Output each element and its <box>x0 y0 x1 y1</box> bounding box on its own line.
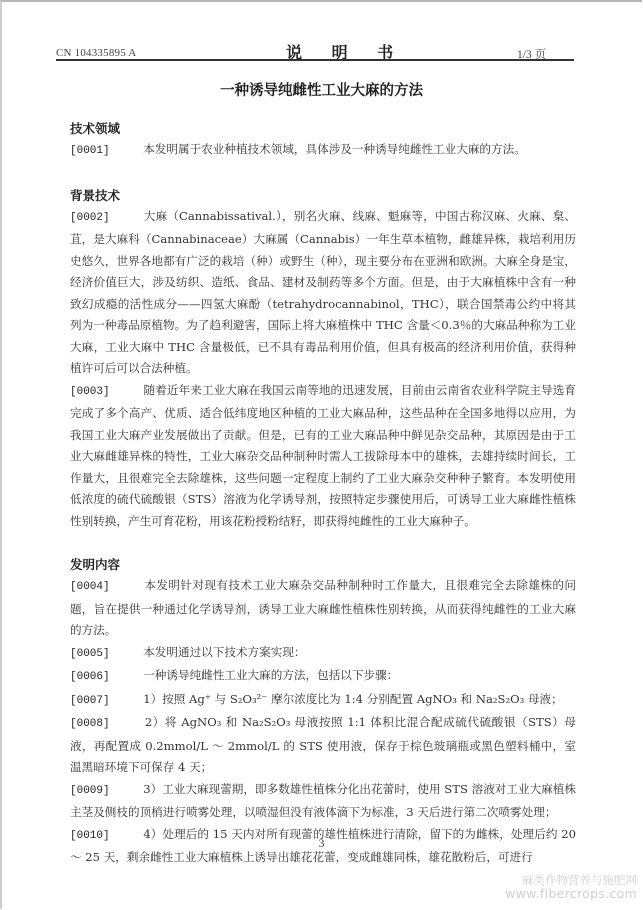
paragraph-number: [0009] <box>70 781 120 803</box>
document-body: 技术领域 [0001] 本发明属于农业种植技术领域，具体涉及一种诱导纯雌性工业大… <box>70 118 576 869</box>
paragraph: [0007] 1）按照 Ag⁺ 与 S₂O₃²⁻ 摩尔浓度比为 1:4 分别配置… <box>70 689 576 713</box>
paragraph-number: [0001] <box>70 141 120 163</box>
paragraph: [0008] 2）将 AgNO₃ 和 Na₂S₂O₃ 母液按照 1:1 体积比混… <box>70 712 576 779</box>
patent-number: CN 104335895 A <box>56 47 136 59</box>
paragraph-number: [0006] <box>70 667 120 689</box>
paragraph: [0003] 随着近年来工业大麻在我国云南等地的迅速发展，目前由云南省农业科学院… <box>70 380 576 533</box>
paragraph-number: [0004] <box>70 577 120 599</box>
paragraph-text: 大麻（Cannabissatival.），别名火麻、线麻、魁麻等，中国古称汉麻、… <box>70 209 576 376</box>
paragraph-number: [0007] <box>70 691 120 713</box>
paragraph: [0009] 3）工业大麻现蕾期，即多数雄性植株分化出花蕾时，使用 STS 溶液… <box>70 779 576 824</box>
section-heading: 发明内容 <box>70 554 576 575</box>
paragraph: [0004] 本发明针对现有技术工业大麻杂交品种制种时工作量大，且很难完全去除雄… <box>70 575 576 642</box>
section-gap <box>70 163 576 185</box>
section-summary: 发明内容 [0004] 本发明针对现有技术工业大麻杂交品种制种时工作量大，且很难… <box>70 554 576 869</box>
paragraph-text: 本发明针对现有技术工业大麻杂交品种制种时工作量大，且很难完全去除雄株的问题，旨在… <box>70 578 576 637</box>
page-number: 3 <box>0 836 643 851</box>
section-heading: 技术领域 <box>70 118 576 139</box>
paragraph-text: 3）工业大麻现蕾期，即多数雄性植株分化出花蕾时，使用 STS 溶液对工业大麻植株… <box>70 782 576 820</box>
header-rule <box>56 59 574 61</box>
paragraph-text: 一种诱导纯雌性工业大麻的方法，包括以下步骤： <box>120 668 398 682</box>
paragraph-text: 1）按照 Ag⁺ 与 S₂O₃²⁻ 摩尔浓度比为 1:4 分别配置 AgNO₃ … <box>120 692 563 706</box>
paragraph-number: [0003] <box>70 382 120 404</box>
watermark-url: www.fibercrops.com <box>505 887 637 901</box>
section-technical-field: 技术领域 [0001] 本发明属于农业种植技术领域，具体涉及一种诱导纯雌性工业大… <box>70 118 576 163</box>
paragraph-text: 本发明通过以下技术方案实现： <box>120 645 306 659</box>
watermark: 麻类作物营养与施肥网 www.fibercrops.com <box>505 873 637 901</box>
page-header: CN 104335895 A 说 明 书 <box>56 38 468 60</box>
paragraph: [0002] 大麻（Cannabissatival.），别名火麻、线麻、魁麻等，… <box>70 206 576 380</box>
watermark-site-name: 麻类作物营养与施肥网 <box>505 873 637 887</box>
paragraph-text: 随着近年来工业大麻在我国云南等地的迅速发展，目前由云南省农业科学院主导选育完成了… <box>70 383 576 528</box>
paragraph-text: 本发明属于农业种植技术领域，具体涉及一种诱导纯雌性工业大麻的方法。 <box>120 142 526 156</box>
paragraph-number: [0002] <box>70 208 120 230</box>
paragraph: [0005] 本发明通过以下技术方案实现： <box>70 642 576 666</box>
document-title: 一种诱导纯雌性工业大麻的方法 <box>0 79 643 100</box>
paragraph: [0001] 本发明属于农业种植技术领域，具体涉及一种诱导纯雌性工业大麻的方法。 <box>70 139 576 163</box>
section-gap <box>70 532 576 554</box>
section-background: 背景技术 [0002] 大麻（Cannabissatival.），别名火麻、线麻… <box>70 185 576 533</box>
paragraph-text: 2）将 AgNO₃ 和 Na₂S₂O₃ 母液按照 1:1 体积比混合配成硫代硫酸… <box>70 715 576 774</box>
paragraph: [0006] 一种诱导纯雌性工业大麻的方法，包括以下步骤： <box>70 665 576 689</box>
paragraph-number: [0008] <box>70 714 120 736</box>
paragraph-number: [0005] <box>70 644 120 666</box>
section-heading: 背景技术 <box>70 185 576 206</box>
